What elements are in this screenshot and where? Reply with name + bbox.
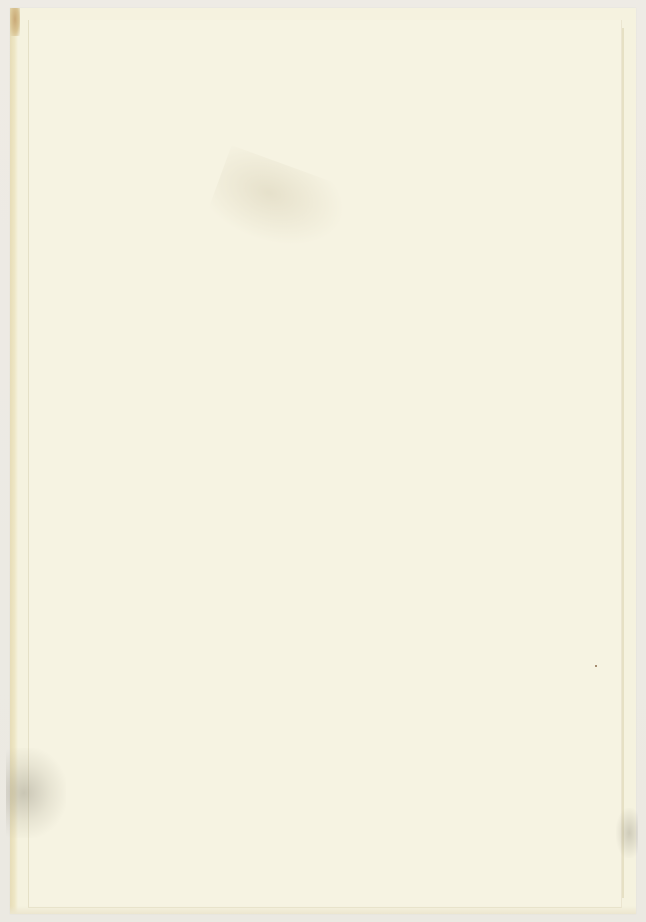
- smudge-right: [616, 808, 638, 858]
- paper-inner-area: [28, 20, 622, 908]
- smudge-left: [6, 748, 66, 838]
- paper-sheet: [10, 8, 636, 914]
- faint-stain-mark: [204, 145, 354, 265]
- paper-bottom-edge: [10, 906, 636, 914]
- corner-stain: [10, 8, 20, 36]
- paper-right-edge: [622, 28, 624, 898]
- speck-mark: [595, 665, 597, 667]
